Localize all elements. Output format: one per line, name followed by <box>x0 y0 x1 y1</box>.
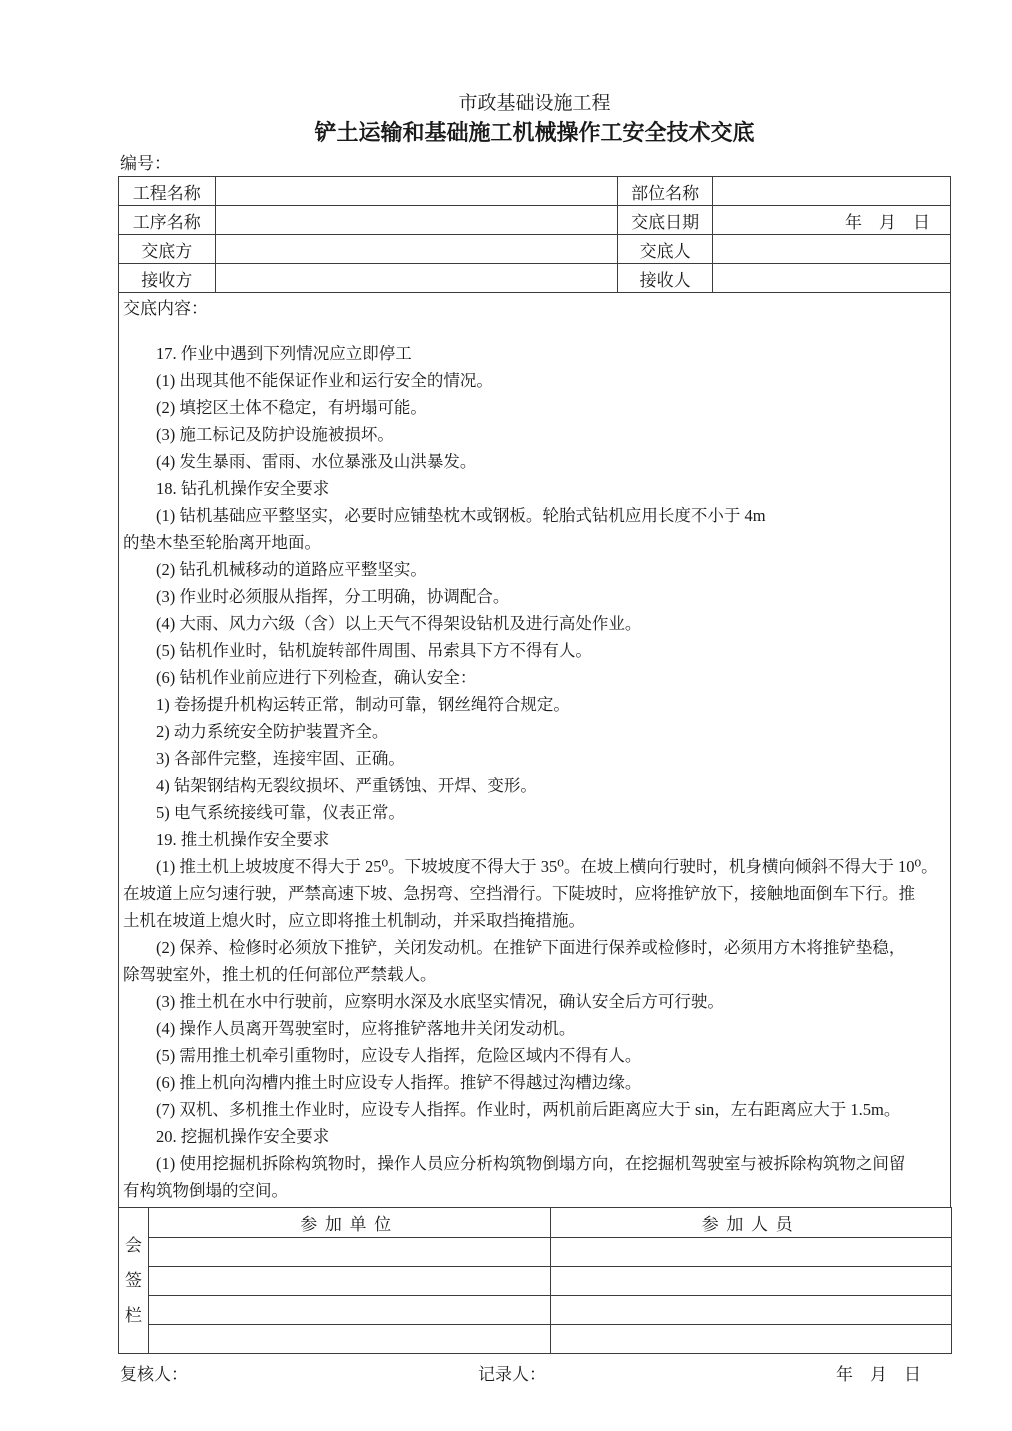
content-line: (4) 发生暴雨、雷雨、水位暴涨及山洪暴发。 <box>123 448 946 475</box>
disclosure-content-box: 交底内容： 17. 作业中遇到下列情况应立即停工(1) 出现其他不能保证作业和运… <box>118 293 951 1207</box>
disclosure-date-field[interactable]: 年 月 日 <box>713 206 951 235</box>
content-line: (7) 双机、多机推土作业时，应设专人指挥。作业时，两机前后距离应大于 sin，… <box>123 1096 946 1123</box>
content-line: 19. 推土机操作安全要求 <box>123 826 946 853</box>
signoff-row <box>119 1296 952 1325</box>
content-line: (2) 保养、检修时必须放下推铲，关闭发动机。在推铲下面进行保养或检修时，必须用… <box>123 934 946 961</box>
process-name-label: 工序名称 <box>119 206 216 235</box>
signoff-unit-cell[interactable] <box>149 1325 551 1354</box>
content-line: 4) 钻架钢结构无裂纹损坏、严重锈蚀、开焊、变形。 <box>123 772 946 799</box>
discloser-field[interactable] <box>713 235 951 264</box>
receiver-field[interactable] <box>713 264 951 293</box>
content-line: 17. 作业中遇到下列情况应立即停工 <box>123 340 946 367</box>
receiving-party-field[interactable] <box>215 264 618 293</box>
signoff-person-cell[interactable] <box>551 1238 952 1267</box>
content-line: (1) 推土机上坡坡度不得大于 25⁰。下坡坡度不得大于 35⁰。在坡上横向行驶… <box>123 853 946 880</box>
content-line: 20. 挖掘机操作安全要求 <box>123 1123 946 1150</box>
receiving-party-label: 接收方 <box>119 264 216 293</box>
content-line: (2) 填挖区土体不稳定，有坍塌可能。 <box>123 394 946 421</box>
content-line: (6) 推上机向沟槽内推土时应设专人指挥。推铲不得越过沟槽边缘。 <box>123 1069 946 1096</box>
signoff-unit-cell[interactable] <box>149 1267 551 1296</box>
content-line: (3) 作业时必须服从指挥，分工明确，协调配合。 <box>123 583 946 610</box>
content-line: (4) 大雨、风力六级（含）以上天气不得架设钻机及进行高处作业。 <box>123 610 946 637</box>
signoff-body: 会签栏 参加单位 参加人员 <box>119 1208 952 1354</box>
content-line: (3) 施工标记及防护设施被损坏。 <box>123 421 946 448</box>
signoff-person-cell[interactable] <box>551 1267 952 1296</box>
content-line: 3) 各部件完整，连接牢固、正确。 <box>123 745 946 772</box>
footer-date-label: 年 月 日 <box>836 1363 921 1387</box>
signoff-row <box>119 1238 952 1267</box>
content-line: (6) 钻机作业前应进行下列检查，确认安全： <box>123 664 946 691</box>
content-line: (5) 需用推土机牵引重物时，应设专人指挥，危险区域内不得有人。 <box>123 1042 946 1069</box>
content-line: (3) 推土机在水中行驶前，应察明水深及水底坚实情况，确认安全后方可行驶。 <box>123 988 946 1015</box>
part-name-label: 部位名称 <box>618 177 713 206</box>
content-line: 1) 卷扬提升机构运转正常，制动可靠，钢丝绳符合规定。 <box>123 691 946 718</box>
info-row-process: 工序名称 交底日期 年 月 日 <box>119 206 951 235</box>
recorder-label: 记录人： <box>478 1363 546 1387</box>
content-line: 5) 电气系统接线可靠，仪表正常。 <box>123 799 946 826</box>
discloser-label: 交底人 <box>618 235 713 264</box>
signoff-person-cell[interactable] <box>551 1296 952 1325</box>
disclosure-date-label: 交底日期 <box>618 206 713 235</box>
signoff-table: 会签栏 参加单位 参加人员 <box>118 1207 952 1354</box>
document-main-title: 铲土运输和基础施工机械操作工安全技术交底 <box>118 116 951 149</box>
content-line: 有构筑物倒塌的空间。 <box>123 1177 946 1204</box>
receiver-label: 接收人 <box>618 264 713 293</box>
footer-line: 复核人： 记录人： 年 月 日 <box>118 1363 951 1387</box>
signoff-side-label: 会签栏 <box>125 1228 143 1333</box>
content-line: (1) 钻机基础应平整坚实，必要时应铺垫枕木或钢板。轮胎式钻机应用长度不小于 4… <box>123 502 946 529</box>
process-name-field[interactable] <box>215 206 618 235</box>
project-name-field[interactable] <box>215 177 618 206</box>
info-row-receiver: 接收方 接收人 <box>119 264 951 293</box>
info-row-discloser: 交底方 交底人 <box>119 235 951 264</box>
disclosing-party-label: 交底方 <box>119 235 216 264</box>
signoff-side-label-cell: 会签栏 <box>119 1208 149 1354</box>
content-line: (2) 钻孔机械移动的道路应平整坚实。 <box>123 556 946 583</box>
signoff-unit-cell[interactable] <box>149 1238 551 1267</box>
signoff-person-cell[interactable] <box>551 1325 952 1354</box>
participating-unit-header: 参加单位 <box>149 1208 551 1238</box>
content-line: 18. 钻孔机操作安全要求 <box>123 475 946 502</box>
content-line: (1) 使用挖掘机拆除构筑物时，操作人员应分析构筑物倒塌方向，在挖掘机驾驶室与被… <box>123 1150 946 1177</box>
signoff-header-row: 会签栏 参加单位 参加人员 <box>119 1208 952 1238</box>
signoff-row <box>119 1267 952 1296</box>
content-line: 除驾驶室外，推土机的任何部位严禁载人。 <box>123 961 946 988</box>
info-table: 工程名称 部位名称 工序名称 交底日期 年 月 日 交底方 交底人 接收方 接收 <box>118 176 951 293</box>
content-line: 在坡道上应匀速行驶，严禁高速下坡、急拐弯、空挡滑行。下陡坡时，应将推铲放下，接触… <box>123 880 946 907</box>
document-sheet: 市政基础设施工程 铲土运输和基础施工机械操作工安全技术交底 编号： 工程名称 部… <box>118 0 951 1387</box>
content-line: 2) 动力系统安全防护装置齐全。 <box>123 718 946 745</box>
content-line: 的垫木垫至轮胎离开地面。 <box>123 529 946 556</box>
content-line: (4) 操作人员离开驾驶室时，应将推铲落地井关闭发动机。 <box>123 1015 946 1042</box>
content-line: (5) 钻机作业时，钻机旋转部件周围、吊索具下方不得有人。 <box>123 637 946 664</box>
reviewer-label: 复核人： <box>120 1363 188 1387</box>
content-line: (1) 出现其他不能保证作业和运行安全的情况。 <box>123 367 946 394</box>
content-lines: 17. 作业中遇到下列情况应立即停工(1) 出现其他不能保证作业和运行安全的情况… <box>123 340 946 1204</box>
number-label: 编号： <box>118 152 951 176</box>
content-line: 土机在坡道上熄火时，应立即将推土机制动，并采取挡掩措施。 <box>123 907 946 934</box>
info-row-project: 工程名称 部位名称 <box>119 177 951 206</box>
disclosing-party-field[interactable] <box>215 235 618 264</box>
disclosure-content-heading: 交底内容： <box>123 298 946 320</box>
participating-person-header: 参加人员 <box>551 1208 952 1238</box>
part-name-field[interactable] <box>713 177 951 206</box>
signoff-row <box>119 1325 952 1354</box>
document-category-title: 市政基础设施工程 <box>118 92 951 116</box>
project-name-label: 工程名称 <box>119 177 216 206</box>
signoff-unit-cell[interactable] <box>149 1296 551 1325</box>
